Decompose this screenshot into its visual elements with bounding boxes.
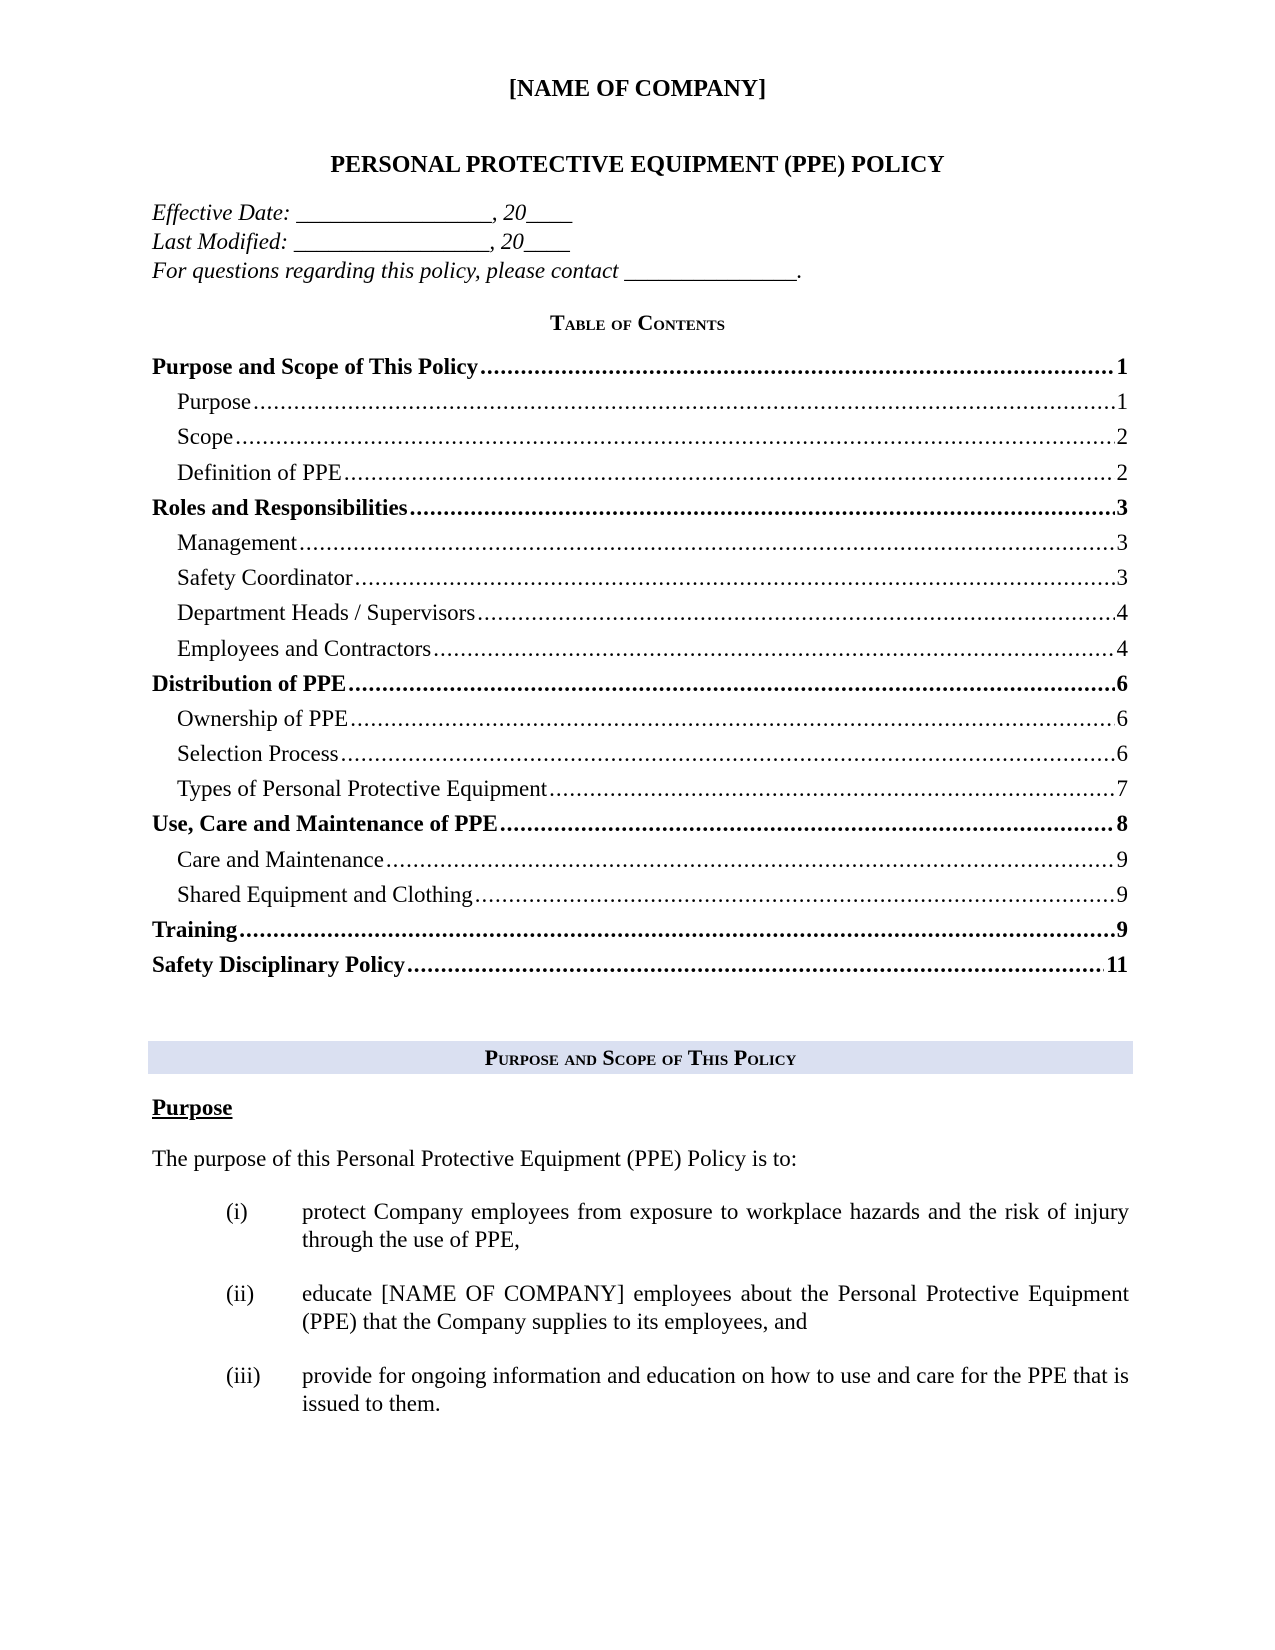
- toc-leader-dots: [500, 811, 1115, 837]
- toc-page-number[interactable]: 3: [1117, 530, 1129, 556]
- toc-page-number[interactable]: 6: [1117, 671, 1129, 697]
- effective-date: Effective Date: _________________, 20___…: [152, 198, 803, 227]
- toc-entry-label[interactable]: Purpose and Scope of This Policy: [152, 354, 478, 380]
- toc-entry[interactable]: Safety Coordinator3: [152, 565, 1128, 600]
- toc-leader-dots: [386, 847, 1115, 873]
- section-banner: Purpose and Scope of This Policy: [148, 1041, 1133, 1074]
- toc-entry[interactable]: Use, Care and Maintenance of PPE8: [152, 811, 1128, 846]
- intro-paragraph: The purpose of this Personal Protective …: [152, 1146, 797, 1172]
- toc-entry[interactable]: Roles and Responsibilities3: [152, 495, 1128, 530]
- toc-page-number[interactable]: 9: [1117, 917, 1129, 943]
- toc-entry-label[interactable]: Department Heads / Supervisors: [177, 600, 475, 626]
- list-item-text: protect Company employees from exposure …: [302, 1198, 1129, 1254]
- toc-entry-label[interactable]: Safety Coordinator: [177, 565, 353, 591]
- toc-title: Table of Contents: [0, 310, 1275, 336]
- toc-page-number[interactable]: 6: [1117, 741, 1129, 767]
- purpose-list: (i)protect Company employees from exposu…: [152, 1198, 1129, 1444]
- toc-entry[interactable]: Distribution of PPE6: [152, 671, 1128, 706]
- document-page: [NAME OF COMPANY] PERSONAL PROTECTIVE EQ…: [0, 0, 1275, 1650]
- list-item: (iii)provide for ongoing information and…: [152, 1362, 1129, 1418]
- toc-entry[interactable]: Shared Equipment and Clothing9: [152, 882, 1128, 917]
- toc-page-number[interactable]: 9: [1117, 882, 1129, 908]
- policy-title: PERSONAL PROTECTIVE EQUIPMENT (PPE) POLI…: [0, 152, 1275, 179]
- toc-leader-dots: [549, 776, 1114, 802]
- toc-entry-label[interactable]: Roles and Responsibilities: [152, 495, 408, 521]
- list-item-number: (ii): [152, 1280, 302, 1336]
- toc-entry[interactable]: Safety Disciplinary Policy11: [152, 952, 1128, 987]
- table-of-contents: Purpose and Scope of This Policy1Purpose…: [152, 354, 1128, 987]
- toc-entry[interactable]: Scope2: [152, 424, 1128, 459]
- toc-entry[interactable]: Definition of PPE2: [152, 460, 1128, 495]
- toc-leader-dots: [477, 600, 1114, 626]
- list-item: (ii)educate [NAME OF COMPANY] employees …: [152, 1280, 1129, 1336]
- toc-page-number[interactable]: 9: [1117, 847, 1129, 873]
- list-item-text: educate [NAME OF COMPANY] employees abou…: [302, 1280, 1129, 1336]
- toc-leader-dots: [239, 917, 1114, 943]
- toc-entry-label[interactable]: Safety Disciplinary Policy: [152, 952, 405, 978]
- toc-entry[interactable]: Ownership of PPE6: [152, 706, 1128, 741]
- toc-leader-dots: [475, 882, 1115, 908]
- toc-page-number[interactable]: 3: [1117, 565, 1129, 591]
- toc-entry[interactable]: Department Heads / Supervisors4: [152, 600, 1128, 635]
- toc-leader-dots: [480, 354, 1114, 380]
- toc-leader-dots: [344, 460, 1115, 486]
- toc-page-number[interactable]: 7: [1117, 776, 1129, 802]
- toc-leader-dots: [348, 671, 1114, 697]
- toc-page-number[interactable]: 8: [1117, 811, 1129, 837]
- policy-meta: Effective Date: _________________, 20___…: [152, 198, 803, 285]
- toc-page-number[interactable]: 4: [1117, 600, 1129, 626]
- toc-entry-label[interactable]: Employees and Contractors: [177, 636, 431, 662]
- toc-entry-label[interactable]: Training: [152, 917, 237, 943]
- toc-page-number[interactable]: 3: [1117, 495, 1129, 521]
- toc-page-number[interactable]: 1: [1117, 389, 1129, 415]
- toc-entry-label[interactable]: Management: [177, 530, 297, 556]
- toc-page-number[interactable]: 2: [1117, 460, 1129, 486]
- toc-page-number[interactable]: 6: [1117, 706, 1129, 732]
- last-modified: Last Modified: _________________, 20____: [152, 227, 803, 256]
- toc-leader-dots: [410, 495, 1115, 521]
- company-name: [NAME OF COMPANY]: [0, 76, 1275, 103]
- list-item-number: (iii): [152, 1362, 302, 1418]
- toc-entry-label[interactable]: Shared Equipment and Clothing: [177, 882, 473, 908]
- toc-entry-label[interactable]: Purpose: [177, 389, 251, 415]
- toc-leader-dots: [433, 636, 1114, 662]
- toc-entry-label[interactable]: Ownership of PPE: [177, 706, 348, 732]
- toc-leader-dots: [350, 706, 1114, 732]
- toc-entry[interactable]: Purpose and Scope of This Policy1: [152, 354, 1128, 389]
- toc-entry-label[interactable]: Definition of PPE: [177, 460, 342, 486]
- toc-entry-label[interactable]: Types of Personal Protective Equipment: [177, 776, 547, 802]
- toc-page-number[interactable]: 1: [1117, 354, 1129, 380]
- toc-entry[interactable]: Types of Personal Protective Equipment7: [152, 776, 1128, 811]
- toc-entry[interactable]: Purpose1: [152, 389, 1128, 424]
- toc-leader-dots: [355, 565, 1115, 591]
- toc-page-number[interactable]: 4: [1117, 636, 1129, 662]
- toc-page-number[interactable]: 2: [1117, 424, 1129, 450]
- toc-leader-dots: [341, 741, 1115, 767]
- toc-leader-dots: [299, 530, 1114, 556]
- toc-entry-label[interactable]: Care and Maintenance: [177, 847, 384, 873]
- toc-entry-label[interactable]: Use, Care and Maintenance of PPE: [152, 811, 498, 837]
- contact-line: For questions regarding this policy, ple…: [152, 256, 803, 285]
- toc-entry[interactable]: Employees and Contractors4: [152, 636, 1128, 671]
- toc-entry-label[interactable]: Scope: [177, 424, 233, 450]
- toc-entry-label[interactable]: Distribution of PPE: [152, 671, 346, 697]
- toc-entry[interactable]: Selection Process6: [152, 741, 1128, 776]
- toc-entry[interactable]: Care and Maintenance9: [152, 847, 1128, 882]
- section-subheading: Purpose: [152, 1095, 233, 1121]
- toc-leader-dots: [407, 952, 1104, 978]
- toc-entry[interactable]: Training9: [152, 917, 1128, 952]
- list-item-text: provide for ongoing information and educ…: [302, 1362, 1129, 1418]
- toc-leader-dots: [253, 389, 1114, 415]
- toc-entry-label[interactable]: Selection Process: [177, 741, 339, 767]
- toc-leader-dots: [235, 424, 1114, 450]
- toc-entry[interactable]: Management3: [152, 530, 1128, 565]
- toc-page-number[interactable]: 11: [1106, 952, 1128, 978]
- list-item-number: (i): [152, 1198, 302, 1254]
- list-item: (i)protect Company employees from exposu…: [152, 1198, 1129, 1254]
